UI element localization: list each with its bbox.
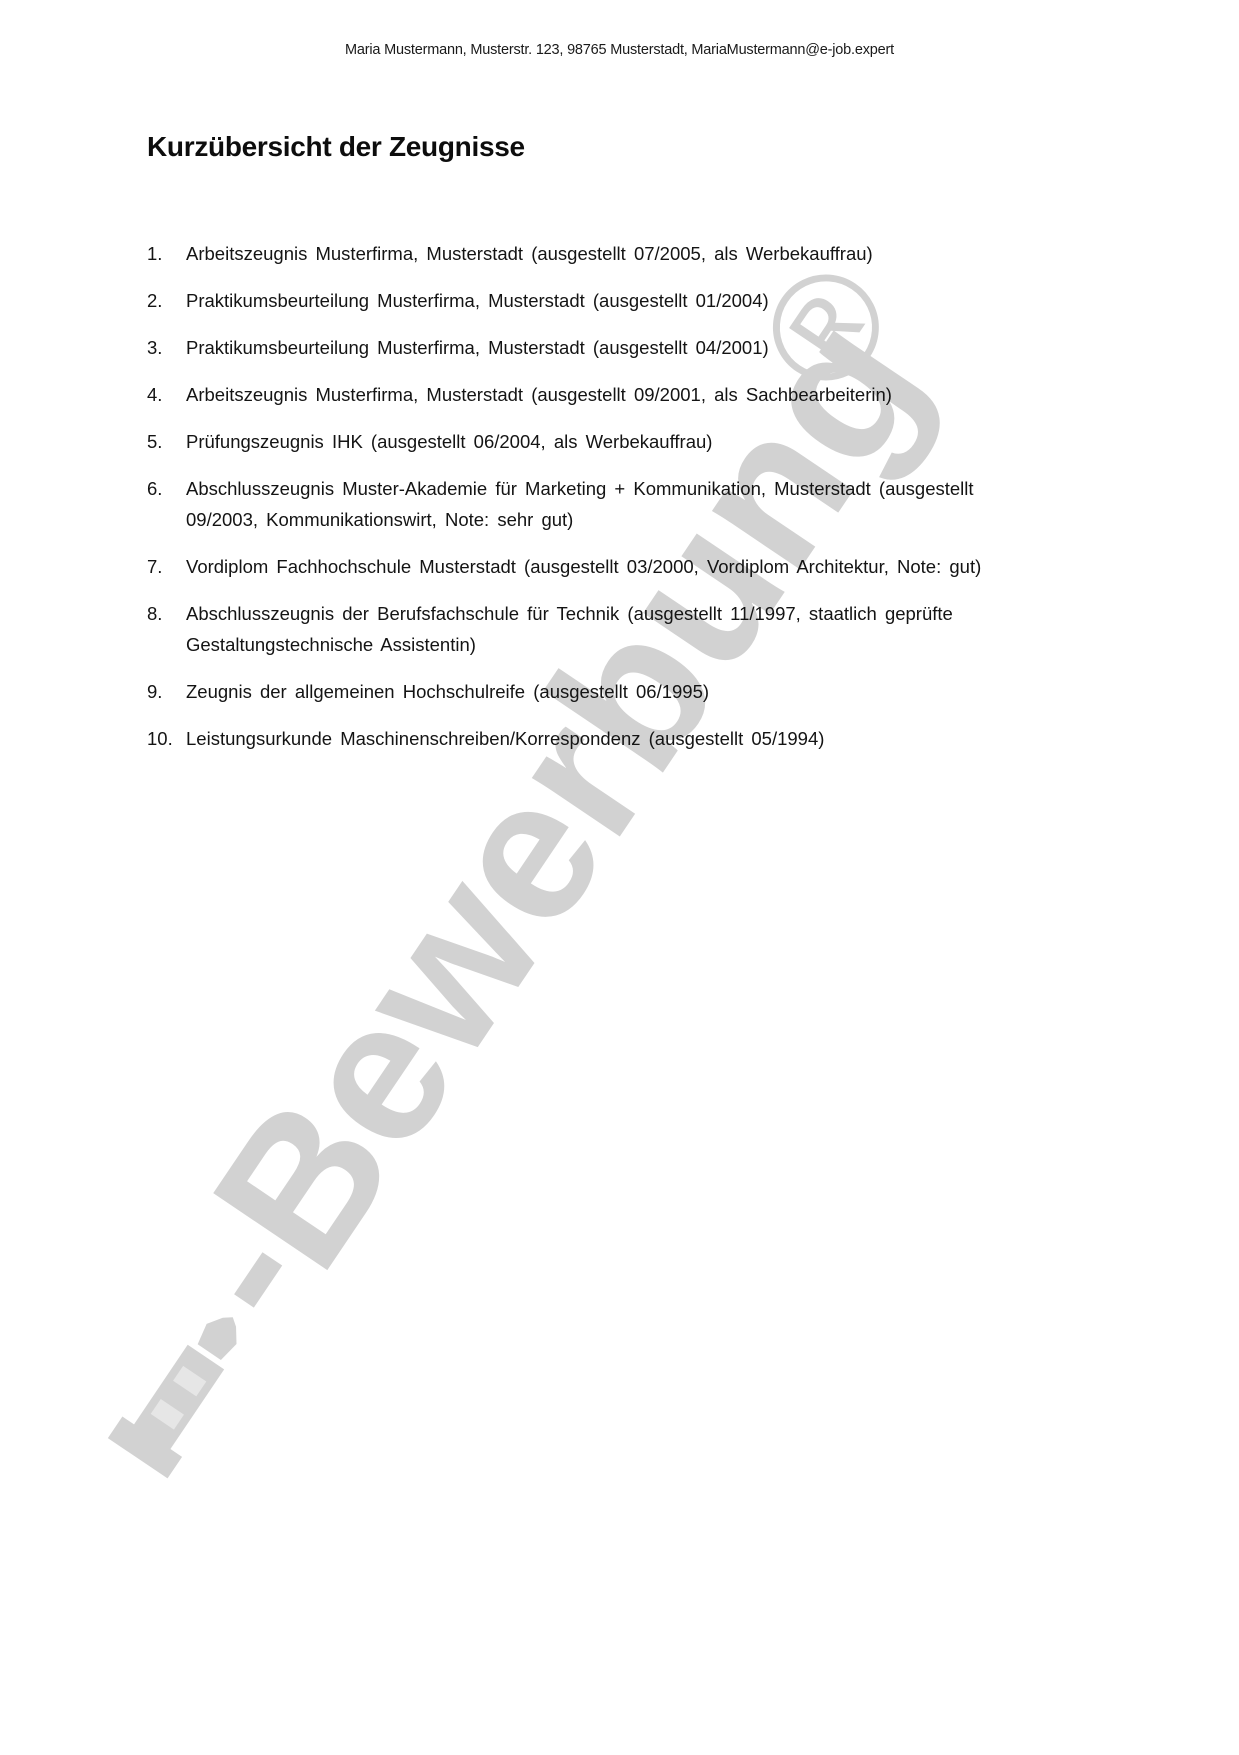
list-item: 2.Praktikumsbeurteilung Musterfirma, Mus… bbox=[147, 285, 1007, 316]
item-text: Zeugnis der allgemeinen Hochschulreife (… bbox=[186, 676, 1007, 707]
item-text: Praktikumsbeurteilung Musterfirma, Muste… bbox=[186, 332, 1007, 363]
item-number: 4. bbox=[147, 379, 186, 410]
list-item: 3.Praktikumsbeurteilung Musterfirma, Mus… bbox=[147, 332, 1007, 363]
item-text: Vordiplom Fachhochschule Musterstadt (au… bbox=[186, 551, 1007, 582]
lighthouse-icon bbox=[108, 1297, 263, 1478]
item-number: 1. bbox=[147, 238, 186, 269]
list-item: 10.Leistungsurkunde Maschinenschreiben/K… bbox=[147, 723, 1007, 754]
item-text: Prüfungszeugnis IHK (ausgestellt 06/2004… bbox=[186, 426, 1007, 457]
item-number: 8. bbox=[147, 598, 186, 660]
item-number: 10. bbox=[147, 723, 186, 754]
item-number: 9. bbox=[147, 676, 186, 707]
item-number: 5. bbox=[147, 426, 186, 457]
item-text: Abschlusszeugnis der Berufsfachschule fü… bbox=[186, 598, 1007, 660]
item-text: Arbeitszeugnis Musterfirma, Musterstadt … bbox=[186, 238, 1007, 269]
item-number: 2. bbox=[147, 285, 186, 316]
list-item: 6.Abschlusszeugnis Muster-Akademie für M… bbox=[147, 473, 1007, 535]
certificate-list: 1.Arbeitszeugnis Musterfirma, Musterstad… bbox=[147, 238, 1007, 770]
contact-header: Maria Mustermann, Musterstr. 123, 98765 … bbox=[0, 42, 1239, 58]
list-item: 1.Arbeitszeugnis Musterfirma, Musterstad… bbox=[147, 238, 1007, 269]
item-number: 3. bbox=[147, 332, 186, 363]
item-text: Leistungsurkunde Maschinenschreiben/Korr… bbox=[186, 723, 1007, 754]
item-text: Abschlusszeugnis Muster-Akademie für Mar… bbox=[186, 473, 1007, 535]
list-item: 4.Arbeitszeugnis Musterfirma, Musterstad… bbox=[147, 379, 1007, 410]
item-number: 6. bbox=[147, 473, 186, 535]
list-item: 5.Prüfungszeugnis IHK (ausgestellt 06/20… bbox=[147, 426, 1007, 457]
page-title: Kurzübersicht der Zeugnisse bbox=[147, 131, 525, 163]
item-number: 7. bbox=[147, 551, 186, 582]
item-text: Praktikumsbeurteilung Musterfirma, Muste… bbox=[186, 285, 1007, 316]
item-text: Arbeitszeugnis Musterfirma, Musterstadt … bbox=[186, 379, 1007, 410]
list-item: 7.Vordiplom Fachhochschule Musterstadt (… bbox=[147, 551, 1007, 582]
list-item: 9.Zeugnis der allgemeinen Hochschulreife… bbox=[147, 676, 1007, 707]
list-item: 8.Abschlusszeugnis der Berufsfachschule … bbox=[147, 598, 1007, 660]
